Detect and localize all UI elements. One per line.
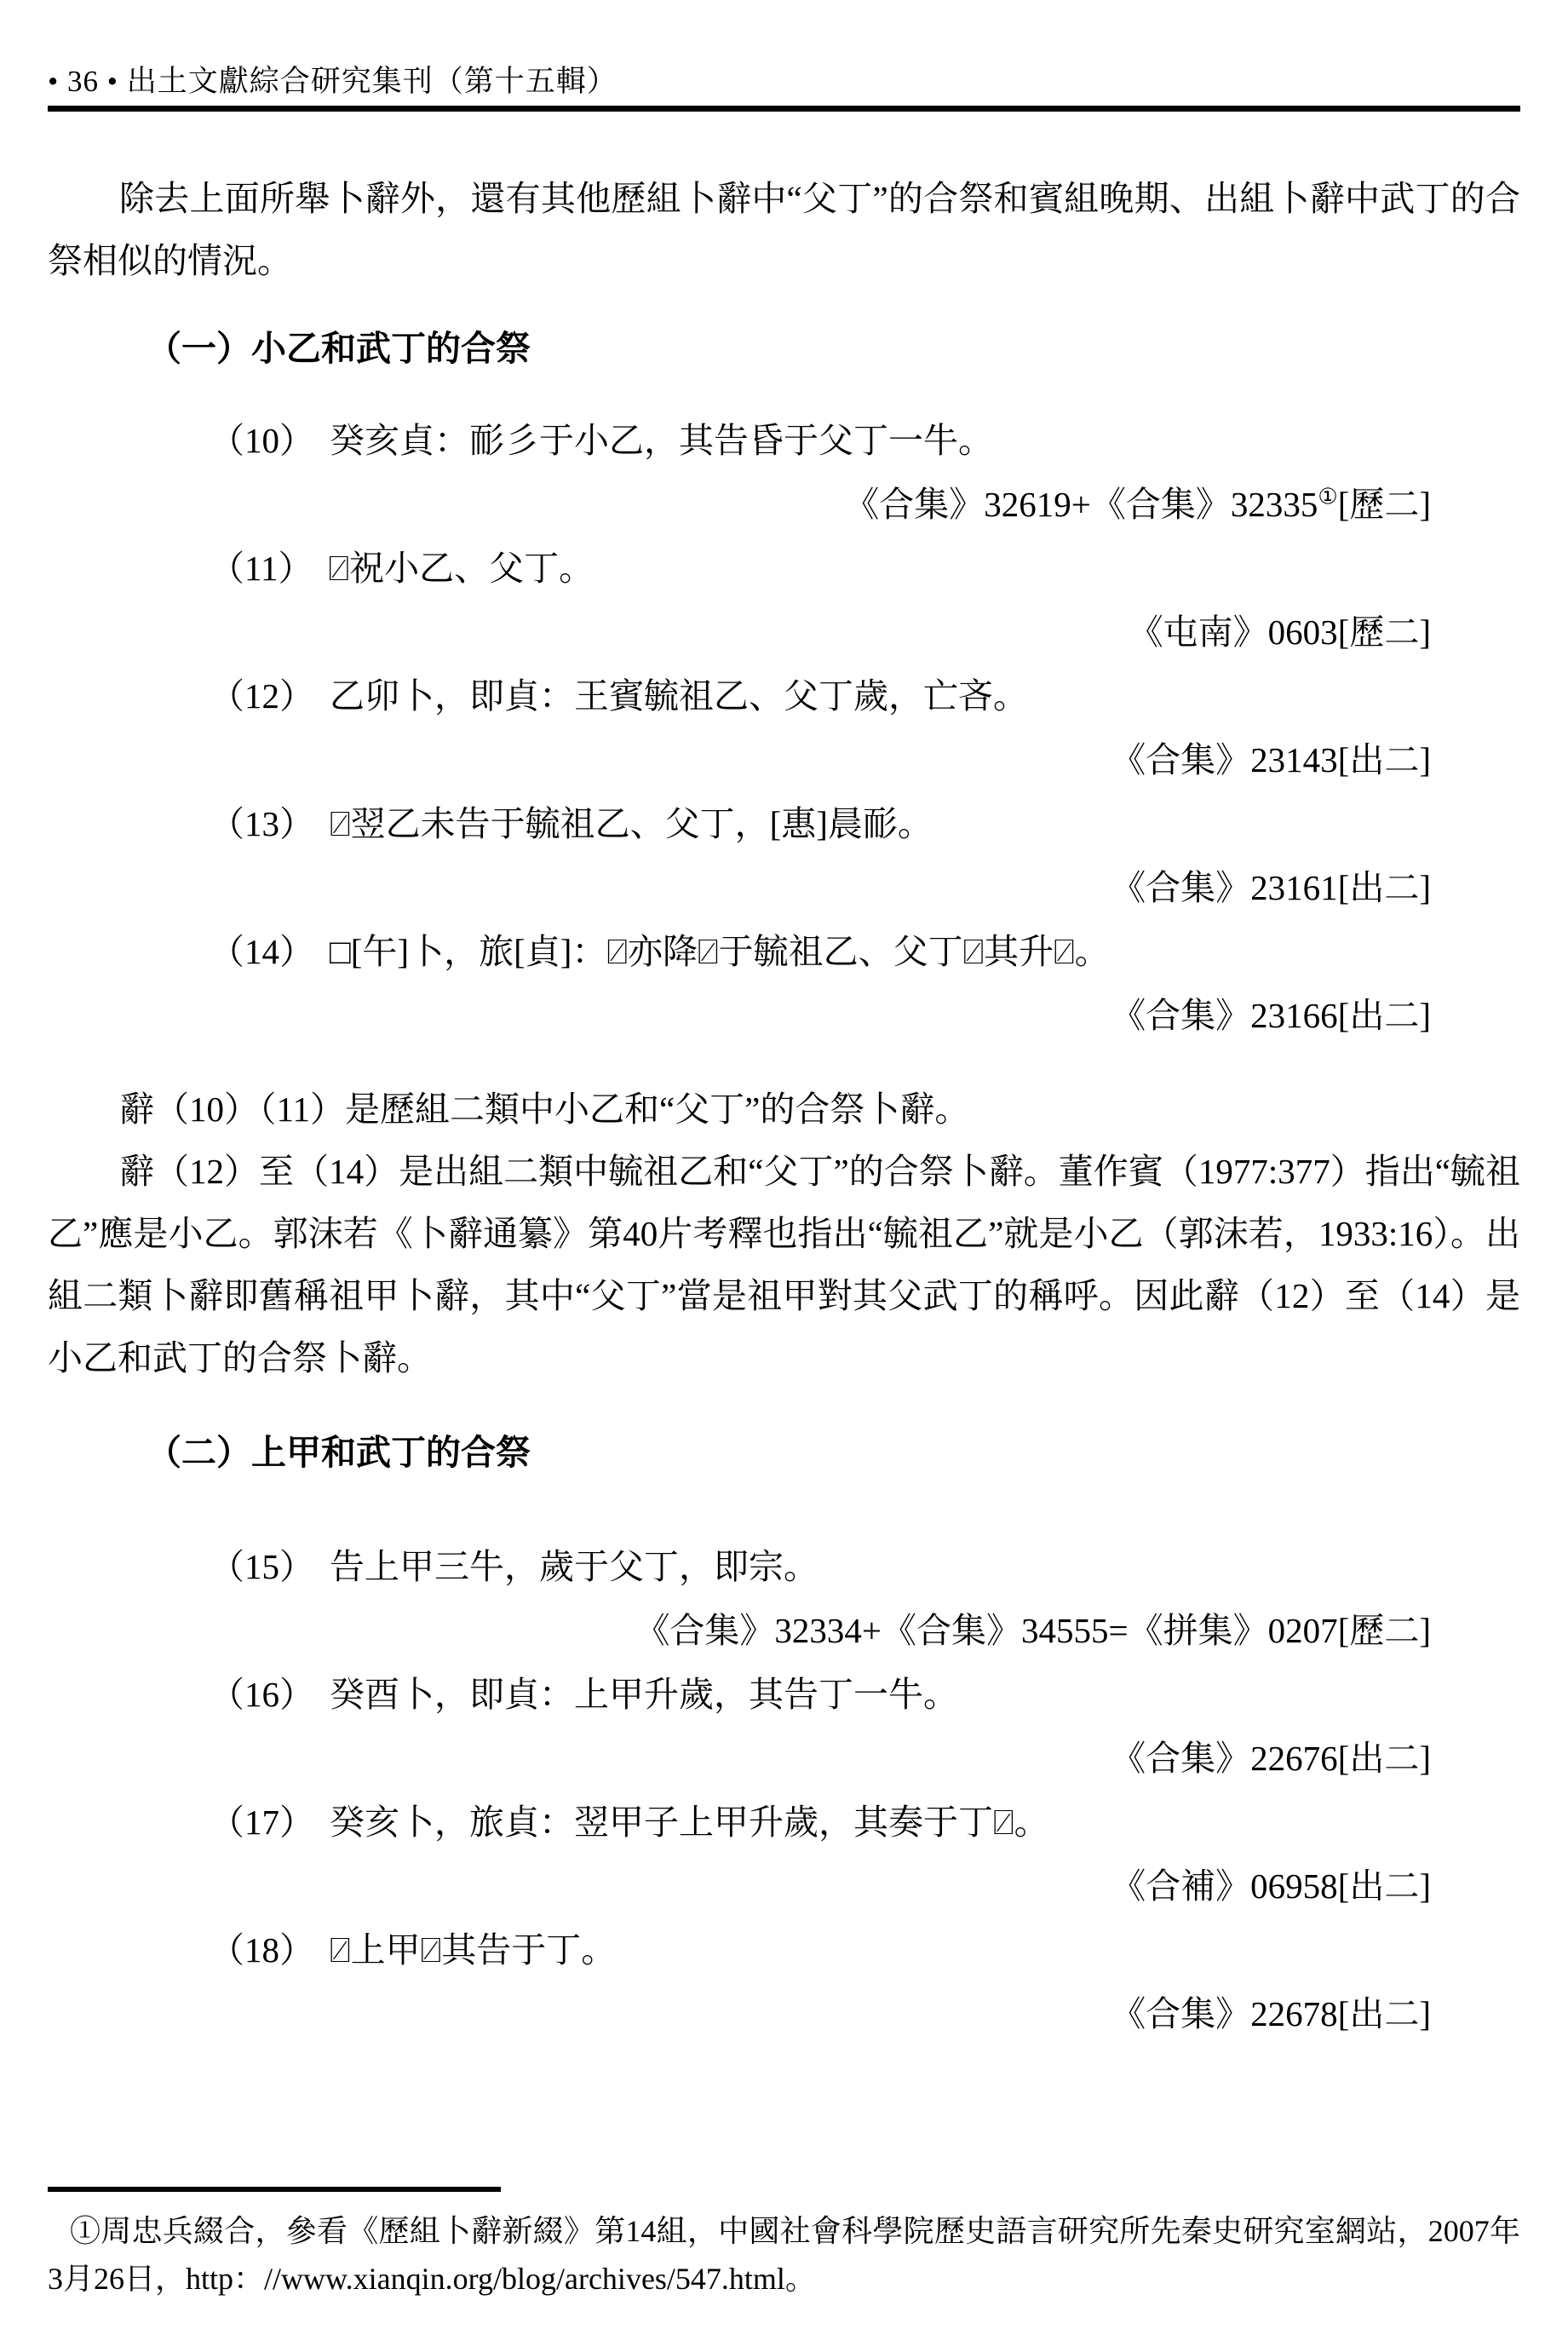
discussion-paragraph-1: 辭（10）（11）是歷組二類中小乙和“父丁”的合祭卜辭。 bbox=[48, 1078, 1520, 1141]
section2-quotes: （15）告上甲三牛，歲于父丁，即宗。 《合集》32334+《合集》34555=《… bbox=[48, 1535, 1520, 2046]
footnote-body: 周忠兵綴合，參看《歷組卜辭新綴》第14組，中國社會科學院歷史語言研究所先秦史研究… bbox=[48, 2214, 1520, 2296]
footnote-marker: ① bbox=[70, 2214, 101, 2248]
citation-text: 《合集》32334+《合集》34555=《拼集》0207 bbox=[635, 1611, 1337, 1650]
quote-number: （12） bbox=[210, 676, 314, 716]
citation-class: [出二] bbox=[1338, 1994, 1431, 2033]
footnote-text: ①周忠兵綴合，參看《歷組卜辭新綴》第14組，中國社會科學院歷史語言研究所先秦史研… bbox=[48, 2207, 1520, 2303]
quote-text: 癸酉卜，即貞：上甲升歲，其告丁一牛。 bbox=[330, 1675, 958, 1714]
citation-class: [出二] bbox=[1338, 740, 1431, 779]
quote-text: ⍁上甲⍁其告于丁。 bbox=[330, 1930, 616, 1970]
citation-class: [出二] bbox=[1338, 1866, 1431, 1906]
citation-class: [出二] bbox=[1338, 868, 1431, 907]
citation-line: 《合補》06958[出二] bbox=[48, 1855, 1520, 1918]
quote-text: 癸亥貞：耏彡于小乙，其告昏于父丁一牛。 bbox=[330, 421, 993, 460]
quote-line: （12）乙卯卜，即貞：王賓毓祖乙、父丁歲，亡吝。 bbox=[48, 664, 1520, 728]
citation-text: 《合補》06958 bbox=[1111, 1866, 1338, 1906]
quote-number: （13） bbox=[210, 804, 314, 843]
footnote-reference: ① bbox=[1318, 484, 1337, 509]
citation-line: 《合集》23161[出二] bbox=[48, 856, 1520, 920]
quote-line: （14）□[午]卜，旅[貞]：⍁亦降⍁于毓祖乙、父丁⍁其升⍁。 bbox=[48, 920, 1520, 984]
citation-line: 《合集》22678[出二] bbox=[48, 1982, 1520, 2046]
citation-line: 《合集》22676[出二] bbox=[48, 1727, 1520, 1791]
quote-number: （11） bbox=[210, 549, 313, 588]
citation-line: 《合集》32334+《合集》34555=《拼集》0207[歷二] bbox=[48, 1599, 1520, 1663]
citation-class: [歷二] bbox=[1338, 612, 1431, 652]
quote-number: （18） bbox=[210, 1930, 314, 1970]
section1-heading: （一）小乙和武丁的合祭 bbox=[48, 318, 1520, 380]
quote-line: （18）⍁上甲⍁其告于丁。 bbox=[48, 1918, 1520, 1982]
quote-number: （14） bbox=[210, 932, 314, 971]
citation-line: 《合集》23166[出二] bbox=[48, 984, 1520, 1048]
citation-line: 《屯南》0603[歷二] bbox=[48, 601, 1520, 664]
quote-line: （16）癸酉卜，即貞：上甲升歲，其告丁一牛。 bbox=[48, 1663, 1520, 1727]
quote-number: （15） bbox=[210, 1547, 314, 1586]
citation-text: 《合集》23143 bbox=[1111, 740, 1338, 779]
quote-text: ⍁祝小乙、父丁。 bbox=[328, 549, 594, 588]
section1-quotes: （10）癸亥貞：耏彡于小乙，其告昏于父丁一牛。 《合集》32619+《合集》32… bbox=[48, 409, 1520, 1048]
citation-class: [出二] bbox=[1338, 1739, 1431, 1778]
citation-text: 《合集》23166 bbox=[1111, 996, 1338, 1035]
citation-text: 《屯南》0603 bbox=[1129, 612, 1338, 652]
quote-text: 告上甲三牛，歲于父丁，即宗。 bbox=[330, 1547, 818, 1586]
discussion-paragraph-2: 辭（12）至（14）是出組二類中毓祖乙和“父丁”的合祭卜辭。董作賓（1977:3… bbox=[48, 1141, 1520, 1389]
quote-line: （10）癸亥貞：耏彡于小乙，其告昏于父丁一牛。 bbox=[48, 409, 1520, 473]
quote-number: （17） bbox=[210, 1803, 314, 1842]
header-rule bbox=[48, 106, 1520, 112]
quote-text: □[午]卜，旅[貞]：⍁亦降⍁于毓祖乙、父丁⍁其升⍁。 bbox=[330, 932, 1110, 971]
quote-text: 癸亥卜，旅貞：翌甲子上甲升歲，其奏于丁⍁。 bbox=[330, 1803, 1049, 1842]
quote-line: （11）⍁祝小乙、父丁。 bbox=[48, 537, 1520, 601]
quote-text: ⍁翌乙未告于毓祖乙、父丁，[惠]晨耏。 bbox=[330, 804, 933, 843]
quote-line: （15）告上甲三牛，歲于父丁，即宗。 bbox=[48, 1535, 1520, 1599]
document-page: • 36 • 出土文獻綜合研究集刊（第十五輯） 除去上面所舉卜辭外，還有其他歷組… bbox=[0, 0, 1568, 2352]
citation-line: 《合集》23143[出二] bbox=[48, 728, 1520, 792]
citation-text: 《合集》22678 bbox=[1111, 1994, 1338, 2033]
quote-text: 乙卯卜，即貞：王賓毓祖乙、父丁歲，亡吝。 bbox=[330, 676, 1028, 716]
citation-class: [歷二] bbox=[1338, 1611, 1431, 1650]
section2-heading: （二）上甲和武丁的合祭 bbox=[48, 1422, 1520, 1484]
quote-line: （17）癸亥卜，旅貞：翌甲子上甲升歲，其奏于丁⍁。 bbox=[48, 1791, 1520, 1855]
quote-number: （16） bbox=[210, 1675, 314, 1714]
footnote-area: ①周忠兵綴合，參看《歷組卜辭新綴》第14組，中國社會科學院歷史語言研究所先秦史研… bbox=[48, 2187, 1520, 2303]
citation-text: 《合集》22676 bbox=[1111, 1739, 1338, 1778]
intro-paragraph: 除去上面所舉卜辭外，還有其他歷組卜辭中“父丁”的合祭和賓組晚期、出組卜辭中武丁的… bbox=[48, 168, 1520, 292]
citation-text: 《合集》23161 bbox=[1111, 868, 1338, 907]
quote-number: （10） bbox=[210, 421, 314, 460]
citation-text: 《合集》32619+《合集》32335 bbox=[844, 485, 1318, 524]
footnote-rule bbox=[48, 2187, 501, 2192]
running-head: • 36 • 出土文獻綜合研究集刊（第十五輯） bbox=[48, 0, 1520, 101]
citation-class: [歷二] bbox=[1338, 485, 1431, 524]
citation-class: [出二] bbox=[1338, 996, 1431, 1035]
quote-line: （13）⍁翌乙未告于毓祖乙、父丁，[惠]晨耏。 bbox=[48, 792, 1520, 856]
citation-line: 《合集》32619+《合集》32335①[歷二] bbox=[48, 473, 1520, 537]
